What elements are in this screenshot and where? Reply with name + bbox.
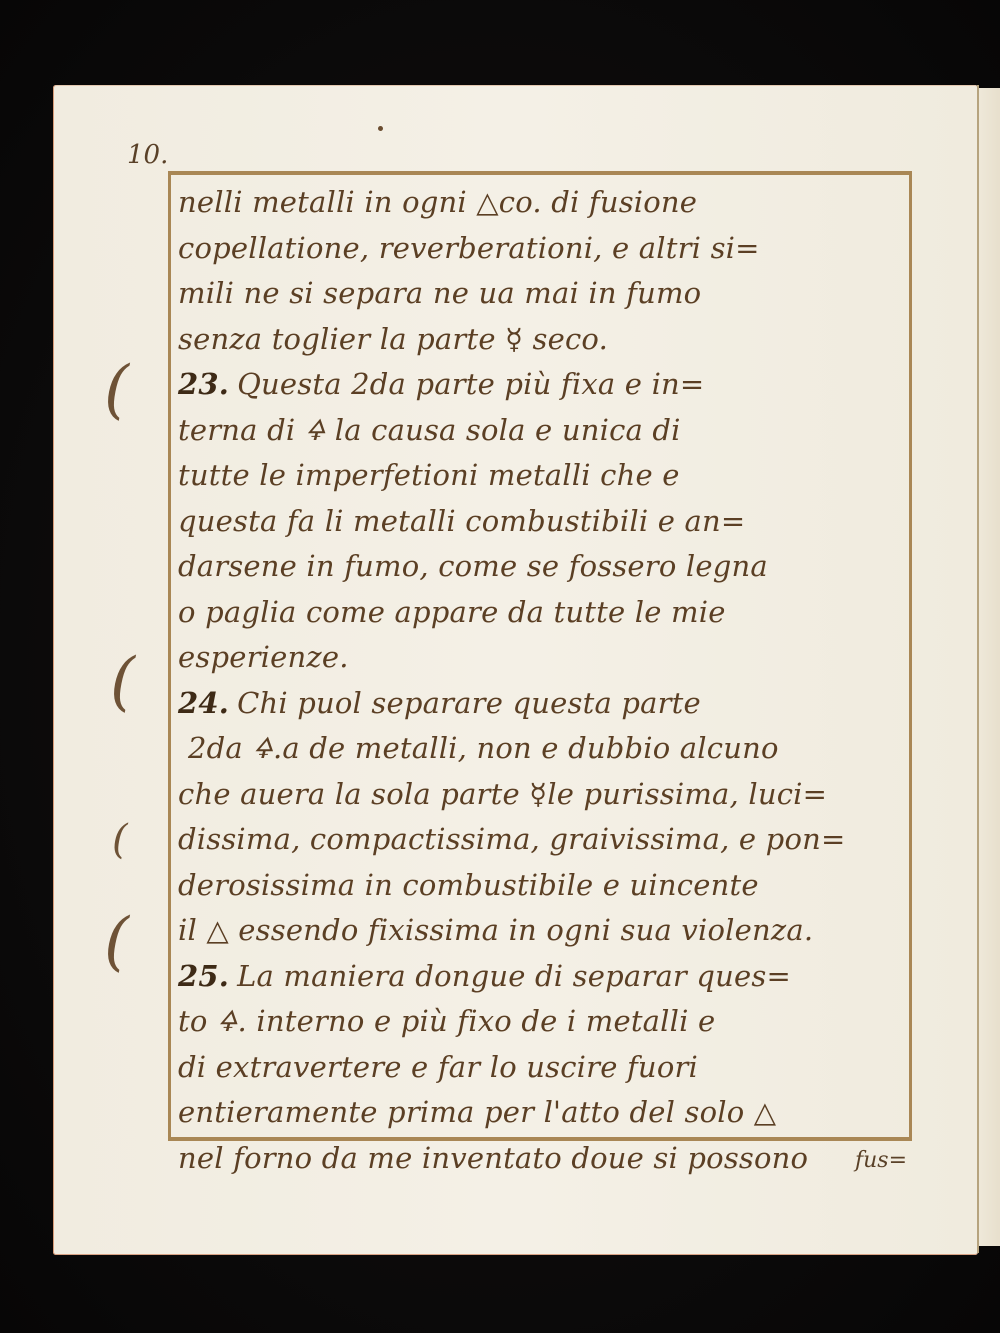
text-line: darsene in fumo, come se fossero legna <box>178 544 908 590</box>
page-number: 10. <box>127 140 168 170</box>
item-number-25: 25. <box>178 959 229 993</box>
paragraph-24-start: 24.Chi puol separare questa parte <box>178 681 908 727</box>
paragraph-25-start: 25.La maniera dongue di separar ques= <box>178 954 908 1000</box>
text-line: il △ essendo fixissima in ogni sua viole… <box>178 908 908 954</box>
ink-spot <box>378 126 383 131</box>
item-number-23: 23. <box>178 367 229 401</box>
text-line: senza toglier la parte ☿ seco. <box>178 317 908 363</box>
text-line: to 🜍. interno e più fixo de i metalli e <box>178 999 908 1045</box>
text-line: questa fa li metalli combustibili e an= <box>178 499 908 545</box>
text-line: o paglia come appare da tutte le mie <box>178 590 908 636</box>
margin-flourish-23: ( <box>104 358 129 422</box>
text-line: derosissima in combustibile e uincente <box>178 863 908 909</box>
margin-flourish-24b: ( <box>112 820 128 860</box>
text-line: nel forno da me inventato doue si posson… <box>178 1136 908 1182</box>
text-line: che auera la sola parte ☿le purissima, l… <box>178 772 908 818</box>
text-line: 2da 🜍.a de metalli, non e dubbio alcuno <box>178 726 908 772</box>
text-line: nelli metalli in ogni △co. di fusione <box>178 180 908 226</box>
text-line: copellatione, reverberationi, e altri si… <box>178 226 908 272</box>
text-line: dissima, compactissima, graivissima, e p… <box>178 817 908 863</box>
text-line: di extravertere e far lo uscire fuori <box>178 1045 908 1091</box>
text-line: mili ne si separa ne ua mai in fumo <box>178 271 908 317</box>
text-line: tutte le imperfetioni metalli che e <box>178 453 908 499</box>
item-number-24: 24. <box>178 686 229 720</box>
text-line: terna di 🜍 la causa sola e unica di <box>178 408 908 454</box>
text-line: entieramente prima per l'atto del solo △ <box>178 1090 908 1136</box>
text-line: esperienze. <box>178 635 908 681</box>
manuscript-text: nelli metalli in ogni △co. di fusione co… <box>178 180 908 1181</box>
paragraph-23-start: 23.Questa 2da parte più fixa e in= <box>178 362 908 408</box>
margin-flourish-25: ( <box>104 910 129 974</box>
margin-flourish-24: ( <box>110 650 135 714</box>
catchword: fus= <box>855 1148 907 1173</box>
page-gutter <box>977 85 979 1253</box>
